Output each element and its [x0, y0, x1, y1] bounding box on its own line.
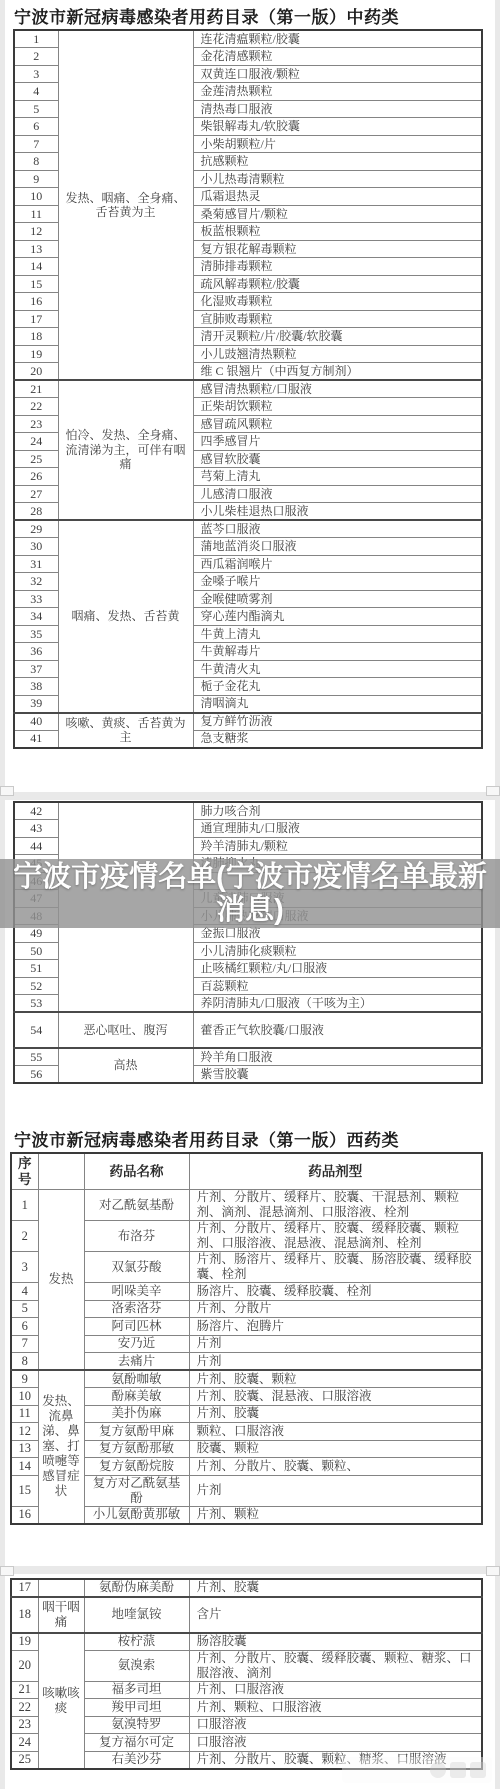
symptom-group-cell: 咳嗽咳痰 [38, 1633, 84, 1769]
drug-name-cell: 复方鲜竹沥液 [193, 713, 482, 731]
drug-name-cell: 感冒疏风颗粒 [193, 415, 482, 433]
row-number-cell: 20 [11, 1650, 38, 1681]
drug-name-cell: 芎菊上清丸 [193, 468, 482, 486]
drug-name-cell: 急支糖浆 [193, 730, 482, 748]
row-number-cell: 18 [14, 328, 58, 346]
table-row: 18咽干咽痛地喹氯铵含片 [11, 1597, 482, 1633]
drug-name-cell: 羚羊角口服液 [193, 1048, 482, 1066]
drug-form-cell: 片剂、胶囊、混悬液、口服溶液 [189, 1388, 482, 1406]
drug-name-cell: 清肺排毒颗粒 [193, 258, 482, 276]
drug-form-cell: 口服溶液 [189, 1734, 482, 1752]
drug-name-cell: 百蕊颗粒 [193, 977, 482, 995]
drug-name-cell: 复方氨酚甲麻 [84, 1423, 189, 1441]
row-number-cell: 19 [11, 1633, 38, 1651]
drug-name-cell: 布洛芬 [84, 1221, 189, 1252]
symptom-group-cell: 咳嗽、黄痰、舌苔黄为主 [58, 713, 193, 748]
drug-name-cell: 右美沙芬 [84, 1751, 189, 1769]
row-number-cell: 43 [14, 820, 58, 838]
drug-name-cell: 复方银花解毒颗粒 [193, 240, 482, 258]
logo-glyph [430, 1762, 446, 1778]
row-number-cell: 1 [14, 30, 58, 48]
document-screenshot: { "watermark": { "text": "宁波市疫情名单(宁波市疫情名… [0, 0, 500, 1789]
row-number-cell: 31 [14, 555, 58, 573]
row-number-cell: 21 [14, 380, 58, 398]
row-number-cell: 53 [14, 995, 58, 1013]
row-number-cell: 4 [11, 1283, 38, 1301]
drug-name-cell: 地喹氯铵 [84, 1597, 189, 1633]
drug-name-cell: 牛黄解毒片 [193, 643, 482, 661]
row-number-cell: 35 [14, 625, 58, 643]
drug-name-cell: 洛索洛芬 [84, 1300, 189, 1318]
table-row: 19咳嗽咳痰桉柠蒎肠溶胶囊 [11, 1633, 482, 1651]
symptom-group-cell: 高热 [58, 1048, 193, 1083]
logo-glyph [450, 1762, 466, 1778]
drug-form-cell: 肠溶片、胶囊、缓释胶囊、栓剂 [189, 1283, 482, 1301]
header-symptom [38, 1153, 84, 1190]
watermark-band: 宁波市疫情名单(宁波市疫情名单最新消息) [0, 859, 500, 928]
drug-name-cell: 儿感清口服液 [193, 485, 482, 503]
row-number-cell: 28 [14, 503, 58, 521]
drug-name-cell: 牛黄清火丸 [193, 660, 482, 678]
drug-name-cell: 小儿清肺化痰颗粒 [193, 942, 482, 960]
table-row: 21怕冷、发热、全身痛、流清涕为主，可伴有咽痛感冒清热颗粒/口服液 [14, 380, 482, 398]
row-number-cell: 10 [11, 1388, 38, 1406]
tcm-medicine-table-part2: 42肺力咳合剂43通宣理肺丸/口服液44羚羊清肺丸/颗粒45清肺抑火丸4647儿… [13, 801, 483, 1084]
table-row: 9发热、流鼻涕、鼻塞、打喷嚏等感冒症状氨酚咖敏片剂、胶囊、颗粒 [11, 1370, 482, 1388]
table-header-row: 序号 药品名称 药品剂型 [11, 1153, 482, 1190]
drug-form-cell: 片剂 [189, 1353, 482, 1371]
symptom-group-cell: 咽痛、发热、舌苔黄 [58, 520, 193, 713]
row-number-cell: 42 [14, 802, 58, 820]
drug-name-cell: 小柴胡颗粒/片 [193, 135, 482, 153]
drug-name-cell: 感冒清热颗粒/口服液 [193, 380, 482, 398]
row-number-cell: 11 [14, 205, 58, 223]
drug-name-cell: 牛黄上清丸 [193, 625, 482, 643]
row-number-cell: 5 [11, 1300, 38, 1318]
row-number-cell: 3 [14, 65, 58, 83]
row-number-cell: 25 [14, 450, 58, 468]
drug-name-cell: 复方氨酚那敏 [84, 1440, 189, 1458]
drug-name-cell: 栀子金花丸 [193, 678, 482, 696]
row-number-cell: 4 [14, 83, 58, 101]
row-number-cell: 11 [11, 1405, 38, 1423]
drug-name-cell: 安乃近 [84, 1335, 189, 1353]
drug-form-cell: 片剂、胶囊 [189, 1405, 482, 1423]
drug-form-cell: 颗粒、口服溶液 [189, 1423, 482, 1441]
table-row: 1发热、咽痛、全身痛、舌苔黄为主连花清瘟颗粒/胶囊 [14, 30, 482, 48]
drug-name-cell: 双氯芬酸 [84, 1252, 189, 1283]
drug-name-cell: 金莲清热颗粒 [193, 83, 482, 101]
row-number-cell: 18 [11, 1597, 38, 1633]
drug-name-cell: 穿心莲内酯滴丸 [193, 608, 482, 626]
row-number-cell: 3 [11, 1252, 38, 1283]
row-number-cell: 13 [11, 1440, 38, 1458]
tcm-medicine-table-part1: 1发热、咽痛、全身痛、舌苔黄为主连花清瘟颗粒/胶囊2金花清感颗粒3双黄连口服液/… [13, 29, 483, 749]
drug-name-cell: 养阴清肺丸/口服液（干咳为主） [193, 995, 482, 1013]
drug-name-cell: 板蓝根颗粒 [193, 223, 482, 241]
row-number-cell: 7 [11, 1335, 38, 1353]
drug-name-cell: 小儿热毒清颗粒 [193, 170, 482, 188]
drug-name-cell: 感冒软胶囊 [193, 450, 482, 468]
row-number-cell: 17 [14, 310, 58, 328]
page-break-notch [0, 1566, 14, 1576]
row-number-cell: 15 [11, 1475, 38, 1506]
row-number-cell: 19 [14, 345, 58, 363]
drug-form-cell: 片剂、颗粒、口服溶液 [189, 1699, 482, 1717]
row-number-cell: 16 [11, 1506, 38, 1524]
row-number-cell: 1 [11, 1190, 38, 1221]
watermark-text: 宁波市疫情名单(宁波市疫情名单最新消息) [11, 861, 489, 927]
row-number-cell: 9 [11, 1370, 38, 1388]
drug-name-cell: 对乙酰氨基酚 [84, 1190, 189, 1221]
drug-form-cell: 片剂、分散片、胶囊、颗粒、 [189, 1458, 482, 1476]
row-number-cell: 44 [14, 837, 58, 855]
row-number-cell: 15 [14, 275, 58, 293]
row-number-cell: 12 [14, 223, 58, 241]
row-number-cell: 55 [14, 1048, 58, 1066]
row-number-cell: 29 [14, 520, 58, 538]
drug-name-cell: 肺力咳合剂 [193, 802, 482, 820]
symptom-group-cell: 发热 [38, 1190, 84, 1371]
drug-name-cell: 藿香正气软胶囊/口服液 [193, 1012, 482, 1048]
drug-name-cell: 连花清瘟颗粒/胶囊 [193, 30, 482, 48]
row-number-cell: 23 [14, 415, 58, 433]
drug-name-cell: 瓜霜退热灵 [193, 188, 482, 206]
drug-name-cell: 复方对乙酰氨基酚 [84, 1475, 189, 1506]
row-number-cell: 39 [14, 695, 58, 713]
row-number-cell: 9 [14, 170, 58, 188]
drug-name-cell: 清热毒口服液 [193, 100, 482, 118]
drug-name-cell: 小儿柴桂退热口服液 [193, 503, 482, 521]
row-number-cell: 24 [11, 1734, 38, 1752]
drug-name-cell: 复方福尔可定 [84, 1734, 189, 1752]
row-number-cell: 22 [14, 398, 58, 416]
row-number-cell: 52 [14, 977, 58, 995]
drug-form-cell: 片剂、分散片、胶囊、缓释胶囊、颗粒、糖浆、口服溶液、滴剂 [189, 1650, 482, 1681]
drug-name-cell: 金嗓子喉片 [193, 573, 482, 591]
drug-name-cell: 金花清感颗粒 [193, 48, 482, 66]
drug-form-cell: 片剂、分散片 [189, 1300, 482, 1318]
drug-name-cell: 复方氨酚烷胺 [84, 1458, 189, 1476]
row-number-cell: 38 [14, 678, 58, 696]
drug-name-cell: 小儿氨酚黄那敏 [84, 1506, 189, 1524]
row-number-cell: 56 [14, 1066, 58, 1084]
row-number-cell: 17 [11, 1579, 38, 1597]
symptom-group-cell [38, 1579, 84, 1597]
header-serial-number: 序号 [11, 1153, 38, 1190]
drug-name-cell: 福多司坦 [84, 1681, 189, 1699]
photo-logo-watermark [342, 1757, 492, 1783]
western-medicine-table-part2: 17氨酚伪麻美酚片剂、胶囊18咽干咽痛地喹氯铵含片19咳嗽咳痰桉柠蒎肠溶胶囊20… [10, 1578, 483, 1770]
drug-name-cell: 氨酚伪麻美酚 [84, 1579, 189, 1597]
symptom-group-cell: 发热、流鼻涕、鼻塞、打喷嚏等感冒症状 [38, 1370, 84, 1524]
row-number-cell: 50 [14, 942, 58, 960]
drug-form-cell: 片剂 [189, 1335, 482, 1353]
drug-name-cell: 双黄连口服液/颗粒 [193, 65, 482, 83]
drug-name-cell: 蒲地蓝消炎口服液 [193, 538, 482, 556]
tcm-table-title: 宁波市新冠病毒感染者用药目录（第一版）中药类 [14, 3, 399, 28]
page-break-notch [486, 786, 500, 796]
drug-name-cell: 蓝芩口服液 [193, 520, 482, 538]
row-number-cell: 26 [14, 468, 58, 486]
row-number-cell: 37 [14, 660, 58, 678]
drug-name-cell: 氨溴索 [84, 1650, 189, 1681]
row-number-cell: 10 [14, 188, 58, 206]
drug-form-cell: 片剂、肠溶片、缓释片、胶囊、肠溶胶囊、缓释胶囊、栓剂 [189, 1252, 482, 1283]
row-number-cell: 5 [14, 100, 58, 118]
row-number-cell: 2 [11, 1221, 38, 1252]
drug-name-cell: 金喉健喷雾剂 [193, 590, 482, 608]
drug-name-cell: 羚羊清肺丸/颗粒 [193, 837, 482, 855]
drug-name-cell: 紫雪胶囊 [193, 1066, 482, 1084]
page-break-notch [486, 1566, 500, 1576]
row-number-cell: 6 [11, 1318, 38, 1336]
drug-name-cell: 宣肺败毒颗粒 [193, 310, 482, 328]
drug-form-cell: 片剂 [189, 1475, 482, 1506]
drug-name-cell: 桉柠蒎 [84, 1633, 189, 1651]
row-number-cell: 21 [11, 1681, 38, 1699]
drug-name-cell: 通宣理肺丸/口服液 [193, 820, 482, 838]
row-number-cell: 14 [14, 258, 58, 276]
drug-form-cell: 片剂、分散片、缓释片、胶囊、缓释胶囊、颗粒剂、口服溶液、混悬液、混悬滴剂、栓剂 [189, 1221, 482, 1252]
drug-name-cell: 四季感冒片 [193, 433, 482, 451]
row-number-cell: 40 [14, 713, 58, 731]
drug-name-cell: 柴银解毒丸/软胶囊 [193, 118, 482, 136]
table-row: 1发热对乙酰氨基酚片剂、分散片、缓释片、胶囊、干混悬剂、颗粒剂、滴剂、混悬滴剂、… [11, 1190, 482, 1221]
table-row: 29咽痛、发热、舌苔黄蓝芩口服液 [14, 520, 482, 538]
drug-name-cell: 氨溴特罗 [84, 1716, 189, 1734]
row-number-cell: 14 [11, 1458, 38, 1476]
row-number-cell: 20 [14, 363, 58, 381]
drug-form-cell: 片剂、胶囊 [189, 1579, 482, 1597]
drug-name-cell: 桑菊感冒片/颗粒 [193, 205, 482, 223]
drug-name-cell: 羧甲司坦 [84, 1699, 189, 1717]
symptom-group-cell: 恶心呕吐、腹泻 [58, 1012, 193, 1048]
row-number-cell: 6 [14, 118, 58, 136]
drug-form-cell: 肠溶片、泡腾片 [189, 1318, 482, 1336]
row-number-cell: 13 [14, 240, 58, 258]
row-number-cell: 8 [14, 153, 58, 171]
table-row: 54恶心呕吐、腹泻藿香正气软胶囊/口服液 [14, 1012, 482, 1048]
row-number-cell: 41 [14, 730, 58, 748]
drug-name-cell: 吲哚美辛 [84, 1283, 189, 1301]
row-number-cell: 16 [14, 293, 58, 311]
table-row: 55高热羚羊角口服液 [14, 1048, 482, 1066]
drug-name-cell: 氨酚咖敏 [84, 1370, 189, 1388]
western-medicine-table-part1: 序号 药品名称 药品剂型 1发热对乙酰氨基酚片剂、分散片、缓释片、胶囊、干混悬剂… [10, 1152, 483, 1525]
symptom-group-cell: 怕冷、发热、全身痛、流清涕为主，可伴有咽痛 [58, 380, 193, 520]
row-number-cell: 8 [11, 1353, 38, 1371]
table-row: 40咳嗽、黄痰、舌苔黄为主复方鲜竹沥液 [14, 713, 482, 731]
row-number-cell: 7 [14, 135, 58, 153]
row-number-cell: 12 [11, 1423, 38, 1441]
page-break-notch [0, 786, 14, 796]
drug-name-cell: 小儿豉翘清热颗粒 [193, 345, 482, 363]
drug-form-cell: 片剂、颗粒 [189, 1506, 482, 1524]
row-number-cell: 51 [14, 960, 58, 978]
drug-name-cell: 维 C 银翘片（中西复方制剂） [193, 363, 482, 381]
header-drug-form: 药品剂型 [189, 1153, 482, 1190]
western-table-title: 宁波市新冠病毒感染者用药目录（第一版）西药类 [14, 1126, 399, 1151]
row-number-cell: 23 [11, 1716, 38, 1734]
header-drug-name: 药品名称 [84, 1153, 189, 1190]
row-number-cell: 34 [14, 608, 58, 626]
row-number-cell: 30 [14, 538, 58, 556]
symptom-group-cell: 发热、咽痛、全身痛、舌苔黄为主 [58, 30, 193, 380]
drug-form-cell: 片剂、胶囊、颗粒 [189, 1370, 482, 1388]
drug-form-cell: 肠溶胶囊 [189, 1633, 482, 1651]
drug-name-cell: 清开灵颗粒/片/胶囊/软胶囊 [193, 328, 482, 346]
drug-name-cell: 止咳橘红颗粒/丸/口服液 [193, 960, 482, 978]
drug-name-cell: 化湿败毒颗粒 [193, 293, 482, 311]
row-number-cell: 24 [14, 433, 58, 451]
drug-name-cell: 去痛片 [84, 1353, 189, 1371]
drug-form-cell: 片剂、口服溶液 [189, 1681, 482, 1699]
row-number-cell: 25 [11, 1751, 38, 1769]
drug-name-cell: 抗感颗粒 [193, 153, 482, 171]
drug-form-cell: 胶囊、颗粒 [189, 1440, 482, 1458]
drug-form-cell: 口服溶液 [189, 1716, 482, 1734]
row-number-cell: 22 [11, 1699, 38, 1717]
row-number-cell: 27 [14, 485, 58, 503]
drug-name-cell: 阿司匹林 [84, 1318, 189, 1336]
logo-glyph [470, 1762, 486, 1778]
drug-form-cell: 含片 [189, 1597, 482, 1633]
drug-name-cell: 清咽滴丸 [193, 695, 482, 713]
row-number-cell: 2 [14, 48, 58, 66]
drug-form-cell: 片剂、分散片、缓释片、胶囊、干混悬剂、颗粒剂、滴剂、混悬滴剂、口服溶液、栓剂 [189, 1190, 482, 1221]
drug-name-cell: 美扑伪麻 [84, 1405, 189, 1423]
row-number-cell: 36 [14, 643, 58, 661]
row-number-cell: 32 [14, 573, 58, 591]
drug-name-cell: 西瓜霜润喉片 [193, 555, 482, 573]
drug-name-cell: 疏风解毒颗粒/胶囊 [193, 275, 482, 293]
row-number-cell: 54 [14, 1012, 58, 1048]
row-number-cell: 33 [14, 590, 58, 608]
symptom-group-cell: 咽干咽痛 [38, 1597, 84, 1633]
drug-name-cell: 正柴胡饮颗粒 [193, 398, 482, 416]
table-row: 42肺力咳合剂 [14, 802, 482, 820]
drug-name-cell: 酚麻美敏 [84, 1388, 189, 1406]
table-row: 17氨酚伪麻美酚片剂、胶囊 [11, 1579, 482, 1597]
